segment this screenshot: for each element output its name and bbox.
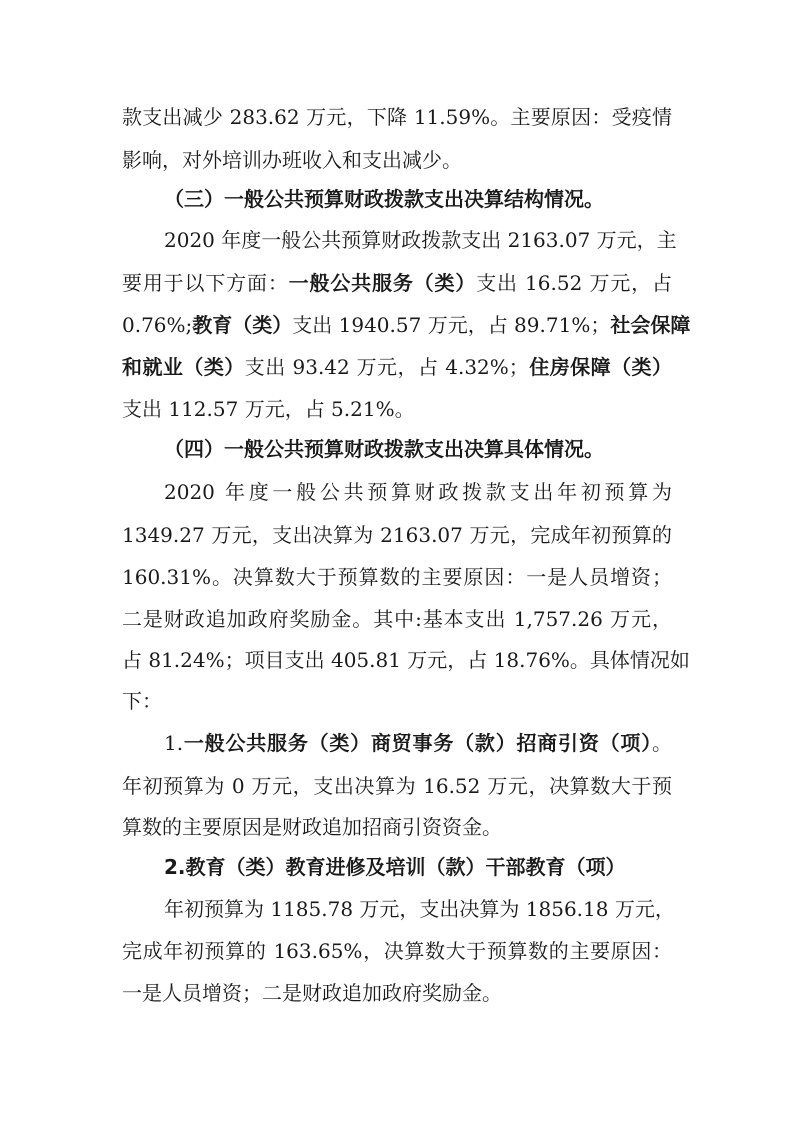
section-heading-4: （四）一般公共预算财政拨款支出决算具体情况。 [164,434,604,464]
bold-term: 和就业（类） [122,355,245,379]
item-number: 1. [164,731,183,755]
text-run: 支出 112.57 万元，占 5.21%。 [122,397,415,421]
bold-term: 一般公共服务（类）商贸事务（款）招商引资（项） [183,731,652,755]
text-run: 要用于以下方面： [122,271,289,295]
text-run: 160.31%。决算数大于预算数的主要原因：一是人员增资； [122,565,672,589]
paragraph-line: 一是人员增资；二是财政追加政府奖励金。 [122,978,672,1008]
paragraph-line: 完成年初预算的 163.65%，决算数大于预算数的主要原因： [122,936,672,966]
paragraph-line: 影响，对外培训办班收入和支出减少。 [122,145,672,175]
section-heading-3: （三）一般公共预算财政拨款支出决算结构情况。 [164,184,604,214]
item-heading-2: 2.教育（类）教育进修及培训（款）干部教育（项） [164,852,626,882]
item-heading-1: 1.一般公共服务（类）商贸事务（款）招商引资（项）。 [164,728,672,758]
paragraph-line: 2020 年度一般公共预算财政拨款支出 2163.07 万元，主 [164,225,672,255]
text-run: 支出 93.42 万元，占 4.32%； [245,355,529,379]
heading-text: （三）一般公共预算财政拨款支出决算结构情况。 [164,187,604,211]
paragraph-line: 要用于以下方面：一般公共服务（类）支出 16.52 万元，占 [122,268,672,298]
paragraph-line: 二是财政追加政府奖励金。其中:基本支出 1,757.26 万元， [122,604,672,634]
paragraph-line: 和就业（类）支出 93.42 万元，占 4.32%；住房保障（类） [122,352,672,382]
text-run: 1349.27 万元，支出决算为 2163.07 万元，完成年初预算的 [122,523,672,547]
paragraph-line: 0.76%;教育（类）支出 1940.57 万元，占 89.71%；社会保障 [122,310,672,340]
text-run: 。 [652,731,672,755]
text-run: 算数的主要原因是财政追加招商引资资金。 [122,815,502,839]
text-run: 款支出减少 283.62 万元，下降 11.59%。主要原因：受疫情 [122,105,672,129]
paragraph-line: 160.31%。决算数大于预算数的主要原因：一是人员增资； [122,562,672,592]
text-run: 二是财政追加政府奖励金。其中:基本支出 1,757.26 万元， [122,607,672,631]
text-run: 完成年初预算的 163.65%，决算数大于预算数的主要原因： [122,939,672,963]
text-run: 支出 16.52 万元，占 [476,271,672,295]
text-run: 2020 年度一般公共预算财政拨款支出 2163.07 万元，主 [164,228,677,252]
text-run: 0.76%; [122,313,192,337]
paragraph-line: 下： [122,686,672,716]
bold-term: 教育（类） [192,313,292,337]
paragraph-line: 支出 112.57 万元，占 5.21%。 [122,394,672,424]
heading-text: （四）一般公共预算财政拨款支出决算具体情况。 [164,437,604,461]
text-run: 下： [122,689,162,713]
bold-term: 住房保障（类） [529,355,672,379]
paragraph-line: 占 81.24%；项目支出 405.81 万元，占 18.76%。具体情况如 [122,645,672,675]
text-run: 占 81.24%；项目支出 405.81 万元，占 18.76%。具体情况如 [122,648,690,672]
paragraph-line: 年初预算为 0 万元，支出决算为 16.52 万元，决算数大于预 [122,771,672,801]
paragraph-line: 2020 年度一般公共预算财政拨款支出年初预算为 [164,477,672,507]
paragraph-line: 款支出减少 283.62 万元，下降 11.59%。主要原因：受疫情 [122,102,672,132]
text-run: 年初预算为 1185.78 万元，支出决算为 1856.18 万元， [164,897,675,921]
paragraph-line: 年初预算为 1185.78 万元，支出决算为 1856.18 万元， [164,894,672,924]
document-page: 款支出减少 283.62 万元，下降 11.59%。主要原因：受疫情 影响，对外… [0,0,793,1122]
text-run: 2020 年度一般公共预算财政拨款支出年初预算为 [164,480,672,504]
paragraph-line: 算数的主要原因是财政追加招商引资资金。 [122,812,672,842]
text-run: 年初预算为 0 万元，支出决算为 16.52 万元，决算数大于预 [122,774,672,798]
text-run: 影响，对外培训办班收入和支出减少。 [122,148,462,172]
text-run: 一是人员增资；二是财政追加政府奖励金。 [122,981,502,1005]
text-run: 支出 1940.57 万元，占 89.71%； [292,313,610,337]
heading-text: 2.教育（类）教育进修及培训（款）干部教育（项） [164,855,626,879]
bold-term: 社会保障 [610,313,690,337]
bold-term: 一般公共服务（类） [289,271,477,295]
paragraph-line: 1349.27 万元，支出决算为 2163.07 万元，完成年初预算的 [122,520,672,550]
